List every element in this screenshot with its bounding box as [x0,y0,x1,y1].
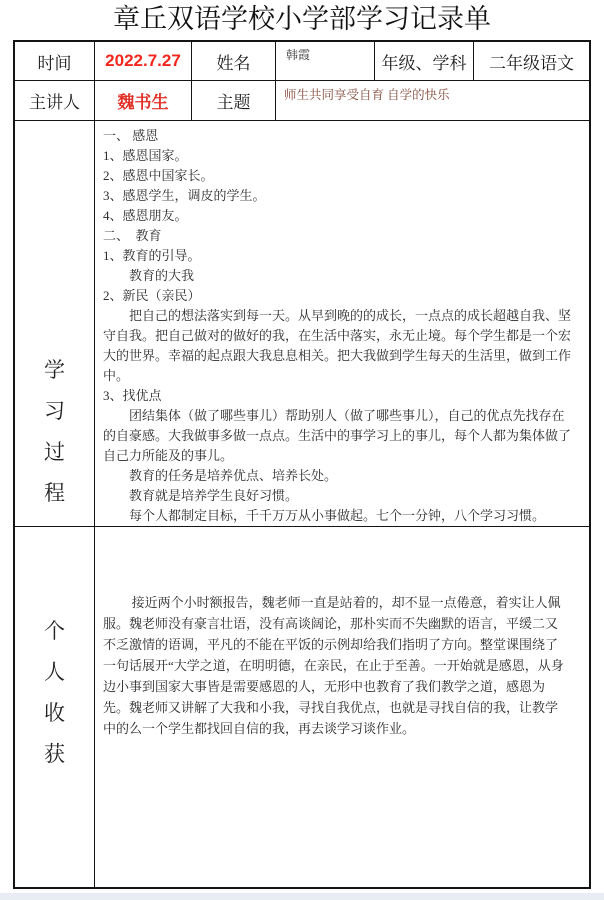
grade-subject-label: 年级、学科 [375,42,474,80]
row-label-char: 过 [44,432,65,473]
bottom-edge-strip [0,893,604,900]
speaker-value: 魏书生 [95,81,192,120]
process-line: 每个人都制定目标，千千万万从小事做起。七个一分钟，八个学习习惯。 [103,506,577,526]
process-line: 把自己的想法落实到每一天。从早到晚的的成长，一点点的成长超越自我、坚守自我。把自… [103,306,577,386]
header-row-1: 时间 2022.7.27 姓名 韩霞 年级、学科 二年级语文 [15,42,589,81]
row-label-char: 学 [44,350,65,391]
process-line: 2、感恩中国家长。 [103,166,577,186]
topic-label: 主题 [192,81,276,120]
record-table: 时间 2022.7.27 姓名 韩霞 年级、学科 二年级语文 主讲人 魏书生 主… [13,40,591,889]
row-label-char: 习 [44,391,65,432]
grade-subject-value: 二年级语文 [474,42,589,80]
header-row-2: 主讲人 魏书生 主题 师生共同享受自育 自学的快乐 [15,81,589,121]
row-label-char: 程 [44,473,65,514]
row-label-char: 收 [44,693,65,734]
speaker-label: 主讲人 [15,81,95,120]
process-line: 教育的大我 [103,266,577,286]
topic-value: 师生共同享受自育 自学的快乐 [276,81,589,120]
process-line: 3、感恩学生，调皮的学生。 [103,186,577,206]
gain-content: 接近两个小时额报告，魏老师一直是站着的，却不显一点倦意，着实让人佩服。魏老师没有… [95,527,589,887]
process-line: 团结集体（做了哪些事儿）帮助别人（做了哪些事儿），自己的优点先找存在的自豪感。大… [103,406,577,466]
row-label-char: 人 [44,652,65,693]
gain-row: 个人收获 接近两个小时额报告，魏老师一直是站着的，却不显一点倦意，着实让人佩服。… [15,527,589,887]
name-label: 姓名 [192,42,276,80]
process-line: 教育就是培养学生良好习惯。 [103,486,577,506]
process-line: 2、新民（亲民） [103,286,577,306]
page-title: 章丘双语学校小学部学习记录单 [0,1,604,37]
row-label-char: 个 [44,611,65,652]
process-line: 3、找优点 [103,386,577,406]
process-line: 1、感恩国家。 [103,146,577,166]
gain-label: 个人收获 [15,527,95,887]
process-label: 学习过程 [15,121,95,526]
process-line: 1、教育的引导。 [103,246,577,266]
row-label-char: 获 [44,734,65,775]
process-line: 4、感恩朋友。 [103,206,577,226]
process-line: 二、 教育 [103,226,577,246]
gain-paragraph: 接近两个小时额报告，魏老师一直是站着的，却不显一点倦意，着实让人佩服。魏老师没有… [103,592,569,739]
process-content: 一、 感恩1、感恩国家。2、感恩中国家长。3、感恩学生，调皮的学生。4、感恩朋友… [95,121,589,526]
time-value: 2022.7.27 [95,42,192,80]
process-line: 一、 感恩 [103,126,577,146]
name-value: 韩霞 [276,42,375,80]
process-line: 教育的任务是培养优点、培养长处。 [103,466,577,486]
time-label: 时间 [15,42,95,80]
process-row: 学习过程 一、 感恩1、感恩国家。2、感恩中国家长。3、感恩学生，调皮的学生。4… [15,121,589,527]
